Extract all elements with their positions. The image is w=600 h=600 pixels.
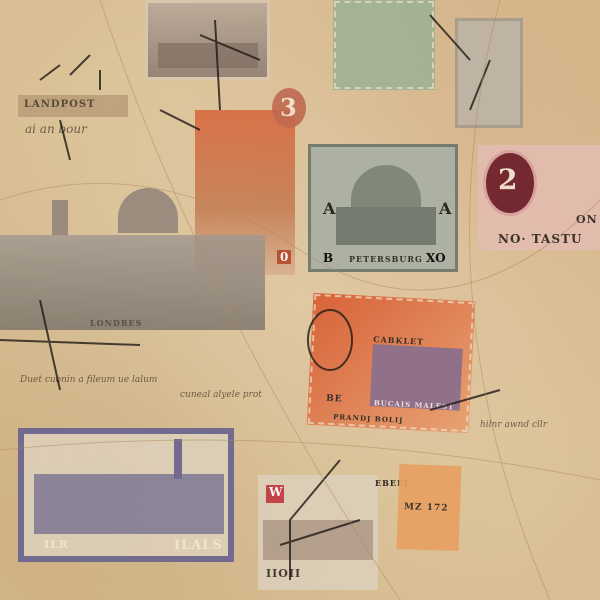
ink-marks <box>0 0 600 600</box>
